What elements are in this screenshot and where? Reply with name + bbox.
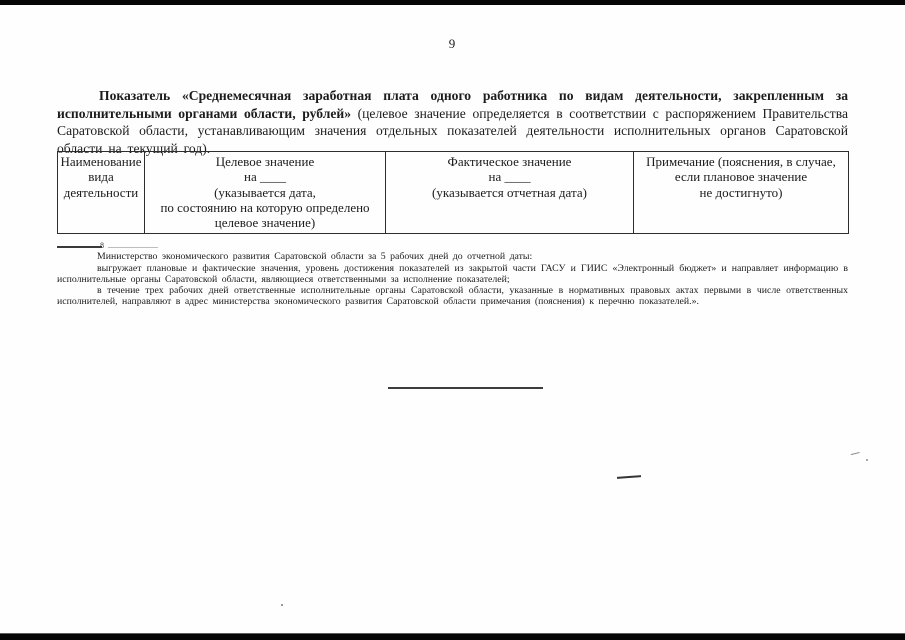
col-activity-name: Наименование вида деятельности: [58, 152, 145, 234]
scan-artifact-dash: [617, 475, 641, 479]
header-line: если плановое значение: [636, 169, 846, 184]
footnote-marker: 8: [100, 241, 104, 250]
footnote-paragraph-2: выгружает плановые и фактические значени…: [57, 264, 848, 286]
footnote-paragraph-3: в течение трех рабочих дней ответственны…: [57, 286, 848, 308]
scan-artifact-squiggle: [851, 452, 861, 458]
indicator-table: Наименование вида деятельности Целевое з…: [57, 151, 849, 234]
header-line: на ____: [388, 169, 631, 184]
header-line: не достигнуто): [636, 185, 846, 200]
col-actual-value: Фактическое значение на ____ (указываетс…: [386, 152, 634, 234]
header-line: вида: [60, 169, 142, 184]
scan-edge-bar-bottom: [0, 634, 905, 640]
col-note: Примечание (пояснения, в случае, если пл…: [634, 152, 849, 234]
header-line: деятельности: [60, 185, 142, 200]
footnote-separator-rule-faint: [108, 247, 158, 248]
header-line: (указывается дата,: [147, 185, 383, 200]
scan-edge-bar-top: [0, 0, 905, 5]
header-line: Наименование: [60, 154, 142, 169]
indicator-paragraph: Показатель «Среднемесячная заработная пл…: [57, 87, 848, 157]
header-line: по состоянию на которую определено: [147, 200, 383, 215]
scanned-document-page: 9 Показатель «Среднемесячная заработная …: [0, 0, 905, 640]
footnote-separator-rule: [57, 246, 102, 248]
header-line: на ____: [147, 169, 383, 184]
header-line: Фактическое значение: [388, 154, 631, 169]
footnote-paragraph-1: Министерство экономического развития Сар…: [57, 252, 848, 263]
scan-artifact-dot: [281, 604, 283, 606]
header-line: Целевое значение: [147, 154, 383, 169]
section-divider-line: [388, 387, 543, 389]
header-line: (указывается отчетная дата): [388, 185, 631, 200]
col-target-value: Целевое значение на ____ (указывается да…: [145, 152, 386, 234]
page-number: 9: [0, 36, 905, 52]
table-header-row: Наименование вида деятельности Целевое з…: [58, 152, 849, 234]
scan-artifact-dot: [866, 459, 868, 461]
footnote-block: Министерство экономического развития Сар…: [57, 252, 848, 308]
header-line: целевое значение): [147, 215, 383, 230]
header-line: Примечание (пояснения, в случае,: [636, 154, 846, 169]
